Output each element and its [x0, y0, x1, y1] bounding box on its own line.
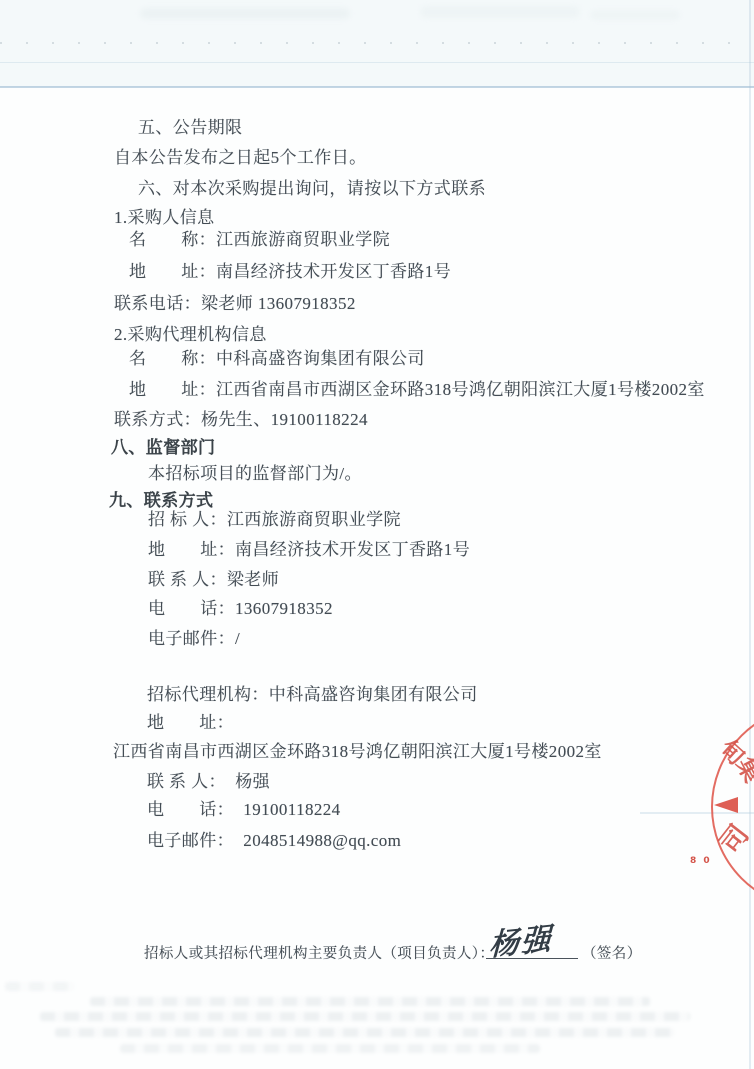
contact-heading: 九、联系方式	[109, 490, 213, 511]
agency-info-label: 2.采购代理机构信息	[114, 324, 267, 345]
tenderer-name: 招 标 人：江西旅游商贸职业学院	[148, 509, 401, 530]
agent-phone: 电 话： 19100118224	[147, 799, 341, 820]
scan-smudge	[420, 6, 580, 18]
signature-label: 招标人或其招标代理机构主要负责人（项目负责人）：	[144, 944, 494, 965]
ghost-text-row	[5, 982, 75, 991]
supervision-body: 本招标项目的监督部门为/。	[148, 463, 362, 484]
handwritten-signature: 杨强	[488, 913, 553, 964]
scan-speckle-row	[0, 42, 754, 44]
scan-faint-line	[0, 62, 754, 63]
ghost-text-row	[90, 997, 650, 1006]
purchaser-phone: 联系电话：梁老师 13607918352	[114, 293, 356, 314]
purchaser-address: 地 址：南昌经济技术开发区丁香路1号	[129, 261, 451, 282]
scan-smudge	[140, 8, 350, 19]
tenderer-address: 地 址：南昌经济技术开发区丁香路1号	[148, 539, 470, 560]
agency-name: 名 称：中科高盛咨询集团有限公司	[129, 348, 425, 369]
supervision-heading: 八、监督部门	[111, 437, 215, 458]
agent-address-value: 江西省南昌市西湖区金环路318号鸿亿朝阳滨江大厦1号楼2002室	[113, 741, 602, 762]
ghost-text-row	[120, 1044, 540, 1053]
inquiry-heading: 六、对本次采购提出询问，请按以下方式联系	[138, 178, 486, 199]
agent-contact-person: 联 系 人： 杨强	[147, 771, 270, 792]
signature-suffix: （签名）	[582, 944, 642, 965]
tenderer-contact-person: 联 系 人：梁老师	[148, 569, 279, 590]
agent-address-label: 地 址：	[147, 712, 234, 733]
agent-name: 招标代理机构：中科高盛咨询集团有限公司	[147, 684, 478, 705]
agency-address: 地 址：江西省南昌市西湖区金环路318号鸿亿朝阳滨江大厦1号楼2002室	[129, 379, 705, 400]
scan-smudge	[590, 10, 680, 20]
agency-contact: 联系方式：杨先生、19100118224	[114, 409, 368, 430]
notice-period-heading: 五、公告期限	[138, 117, 242, 138]
scanner-edge-line	[0, 86, 754, 88]
tenderer-phone: 电 话：13607918352	[148, 598, 333, 619]
seal-star-point	[714, 797, 738, 813]
ghost-text-row	[55, 1028, 675, 1037]
seal-digits: 8 0	[690, 856, 712, 866]
ghost-text-row	[40, 1012, 690, 1021]
purchaser-name: 名 称：江西旅游商贸职业学院	[129, 229, 390, 250]
agent-email: 电子邮件： 2048514988@qq.com	[147, 830, 401, 851]
notice-period-body: 自本公告发布之日起5个工作日。	[114, 147, 367, 168]
scanned-document-page: 五、公告期限 自本公告发布之日起5个工作日。 六、对本次采购提出询问，请按以下方…	[0, 0, 754, 1069]
tenderer-email: 电子邮件：/	[148, 628, 240, 649]
page-right-edge-line	[749, 0, 751, 1069]
purchaser-info-label: 1.采购人信息	[114, 207, 215, 228]
